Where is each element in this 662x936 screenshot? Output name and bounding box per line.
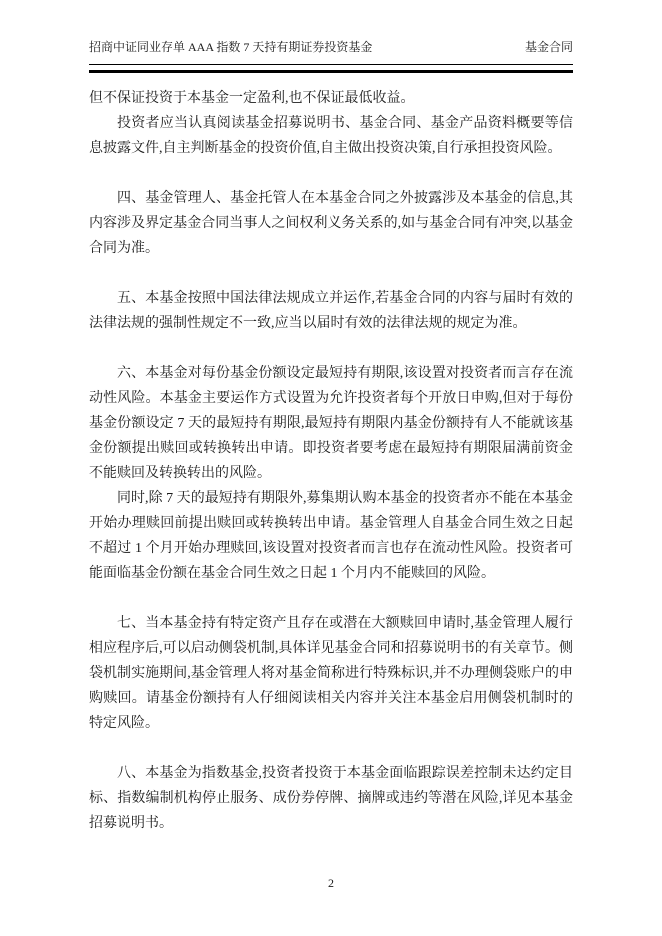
page-content: 招商中证同业存单 AAA 指数 7 天持有期证券投资基金 基金合同 但不保证投资… xyxy=(0,0,662,836)
page-header: 招商中证同业存单 AAA 指数 7 天持有期证券投资基金 基金合同 xyxy=(89,40,573,55)
paragraph-item-6: 六、本基金对每份基金份额设定最短持有期限,该设置对投资者而言存在流动性风险。本基… xyxy=(89,361,573,486)
header-fund-name: 招商中证同业存单 AAA 指数 7 天持有期证券投资基金 xyxy=(89,40,372,55)
header-doc-type: 基金合同 xyxy=(525,40,573,55)
paragraph-continuation: 但不保证投资于本基金一定盈利,也不保证最低收益。 xyxy=(89,86,573,111)
page-number: 2 xyxy=(0,876,662,891)
paragraph-item-7: 七、当本基金持有特定资产且存在或潜在大额赎回申请时,基金管理人履行相应程序后,可… xyxy=(89,611,573,736)
paragraph-item-8: 八、本基金为指数基金,投资者投资于本基金面临跟踪误差控制未达约定目标、指数编制机… xyxy=(89,761,573,836)
paragraph-investor-notice: 投资者应当认真阅读基金招募说明书、基金合同、基金产品资料概要等信息披露文件,自主… xyxy=(89,111,573,161)
paragraph-item-5: 五、本基金按照中国法律法规成立并运作,若基金合同的内容与届时有效的法律法规的强制… xyxy=(89,286,573,336)
paragraph-item-4: 四、基金管理人、基金托管人在本基金合同之外披露涉及本基金的信息,其内容涉及界定基… xyxy=(89,186,573,261)
document-body: 但不保证投资于本基金一定盈利,也不保证最低收益。 投资者应当认真阅读基金招募说明… xyxy=(89,86,573,836)
header-double-rule xyxy=(89,64,573,73)
document-page: 招商中证同业存单 AAA 指数 7 天持有期证券投资基金 基金合同 但不保证投资… xyxy=(0,0,662,936)
paragraph-item-6-continued: 同时,除 7 天的最短持有期限外,募集期认购本基金的投资者亦不能在本基金开始办理… xyxy=(89,486,573,586)
